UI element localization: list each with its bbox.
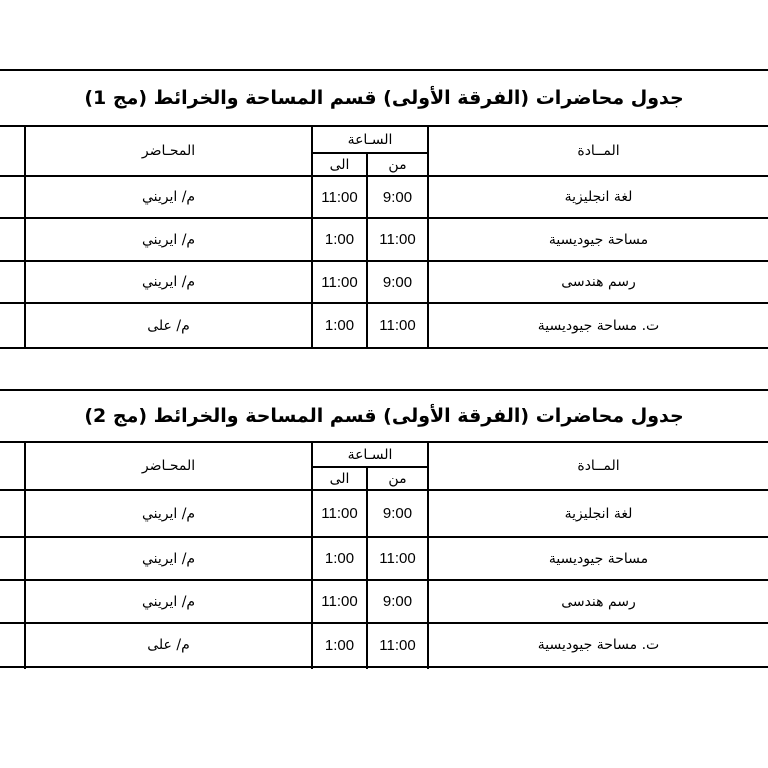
cell-subject: ت. مساحة جيوديسية: [429, 624, 768, 666]
cell-lecturer: م/ ايريني: [26, 262, 311, 302]
header-to: الى: [313, 468, 366, 489]
cell-from: 11:00: [368, 219, 427, 260]
cell-lecturer: م/ ايريني: [26, 177, 311, 217]
header-lecturer: المحـاضر: [26, 127, 311, 175]
schedule-table-group-1: جدول محاضرات (الفرقة الأولى) قسم المساحة…: [0, 69, 768, 349]
cell-lecturer: م/ على: [26, 304, 311, 347]
cell-lecturer: م/ على: [26, 624, 311, 666]
cell-subject: رسم هندسى: [429, 262, 768, 302]
schedule-grid: المــادة السـاعة من الى المحـاضر لغة انج…: [0, 127, 768, 349]
table-title: جدول محاضرات (الفرقة الأولى) قسم المساحة…: [0, 71, 768, 127]
schedule-table-group-2: جدول محاضرات (الفرقة الأولى) قسم المساحة…: [0, 389, 768, 669]
cell-subject: ت. مساحة جيوديسية: [429, 304, 768, 347]
cell-to: 1:00: [313, 624, 366, 666]
cell-from: 9:00: [368, 262, 427, 302]
header-hour: السـاعة: [313, 127, 427, 152]
header-hour: السـاعة: [313, 443, 427, 466]
cell-from: 11:00: [368, 304, 427, 347]
header-to: الى: [313, 154, 366, 175]
cell-to: 11:00: [313, 491, 366, 536]
cell-lecturer: م/ ايريني: [26, 219, 311, 260]
cell-subject: مساحة جيوديسية: [429, 538, 768, 579]
header-lecturer: المحـاضر: [26, 443, 311, 489]
cell-lecturer: م/ ايريني: [26, 491, 311, 536]
cell-to: 11:00: [313, 581, 366, 622]
cell-to: 1:00: [313, 219, 366, 260]
cell-to: 1:00: [313, 538, 366, 579]
cell-to: 11:00: [313, 262, 366, 302]
cell-to: 11:00: [313, 177, 366, 217]
cell-from: 9:00: [368, 581, 427, 622]
cell-lecturer: م/ ايريني: [26, 581, 311, 622]
header-subject: المــادة: [429, 443, 768, 489]
cell-subject: مساحة جيوديسية: [429, 219, 768, 260]
cell-subject: رسم هندسى: [429, 581, 768, 622]
header-from: من: [368, 154, 427, 175]
table-title: جدول محاضرات (الفرقة الأولى) قسم المساحة…: [0, 391, 768, 443]
cell-to: 1:00: [313, 304, 366, 347]
header-subject: المــادة: [429, 127, 768, 175]
cell-from: 9:00: [368, 491, 427, 536]
cell-lecturer: م/ ايريني: [26, 538, 311, 579]
cell-from: 11:00: [368, 538, 427, 579]
header-from: من: [368, 468, 427, 489]
cell-from: 9:00: [368, 177, 427, 217]
cell-subject: لغة انجليزية: [429, 177, 768, 217]
cell-from: 11:00: [368, 624, 427, 666]
cell-subject: لغة انجليزية: [429, 491, 768, 536]
schedule-grid: المــادة السـاعة من الى المحـاضر لغة انج…: [0, 443, 768, 669]
